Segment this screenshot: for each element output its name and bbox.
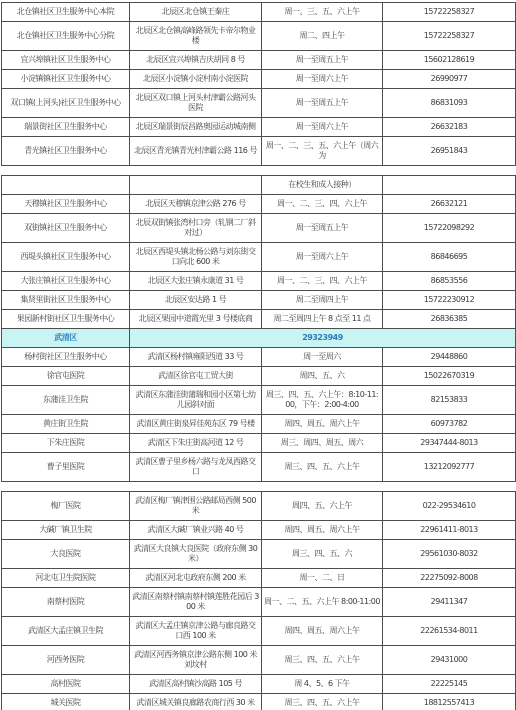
table-row: 天穆镇社区卫生服务中心北辰区天穆镇京津公路 276 号周一、二、三、四、六上午2… <box>2 195 516 214</box>
phone-cell: 86846695 <box>383 243 516 272</box>
table-row: 双街镇社区卫生服务中心北辰双街镇张湾村口旁（轧钢二厂斜对过）周一至周五上午157… <box>2 214 516 243</box>
phone-cell: 26951843 <box>383 137 516 166</box>
district-name-cell: 武清区 <box>2 329 130 348</box>
facility-name-cell: 大张庄镇社区卫生服务中心 <box>2 272 130 291</box>
facility-name-cell: 梅厂医院 <box>2 492 130 521</box>
table-row: 小淀镇镇社区卫生服务中心北辰区小淀镇小淀村南小淀医院周一至周六上午2699097… <box>2 70 516 89</box>
facility-name-cell: 果园新村街社区卫生服务中心 <box>2 310 130 329</box>
address-cell: 武清区河西务镇京津公路东侧 100 米 刘坟村 <box>130 646 262 675</box>
address-cell: 武清区大碱厂镇业兴路 40 号 <box>130 521 262 540</box>
table-row: 果园新村街社区卫生服务中心北辰区果园中道霞光里 3 号楼底商周二至周四上午 8 … <box>2 310 516 329</box>
schedule-cell: 周一、二、三、五、六上午（周六为 <box>262 137 383 166</box>
schedule-cell: 周三、四、五、六上午 <box>262 453 383 482</box>
phone-cell: 86853556 <box>383 272 516 291</box>
facility-name-cell: 河西务医院 <box>2 646 130 675</box>
table-row: 双口镇(上河头)社区卫生服务中心北辰区双口镇上河头村津霸公路河头医院周一至周五上… <box>2 89 516 118</box>
facility-name-cell: 大良医院 <box>2 540 130 569</box>
district-header-row: 武清区29323949 <box>2 329 516 348</box>
facility-name-cell: 河北屯卫生院医院 <box>2 569 130 588</box>
table-row: 大碱厂镇卫生院武清区大碱厂镇业兴路 40 号周四、周五、周六上午22961411… <box>2 521 516 540</box>
facility-name-cell: 北仓镇社区卫生服务中心本院 <box>2 3 130 22</box>
facility-name-cell: 东蒲洼卫生院 <box>2 386 130 415</box>
schedule-cell: 周三、四、五、六 <box>262 540 383 569</box>
facility-name-cell: 武清区大孟庄镇卫生院 <box>2 617 130 646</box>
facility-name-cell <box>2 176 130 195</box>
address-cell: 北辰区西堤头镇北杨公路与刘东街交口向北 600 米 <box>130 243 262 272</box>
facility-name-cell: 城关医院 <box>2 694 130 710</box>
facility-name-cell: 北仓镇社区卫生服务中心分院 <box>2 22 130 51</box>
table-row: 大良医院武清区大良镇大良医院（政府东侧 30 米）周三、四、五、六2956103… <box>2 540 516 569</box>
schedule-cell: 周一、二、三、四、六上午 <box>262 195 383 214</box>
facility-name-cell: 双街镇社区卫生服务中心 <box>2 214 130 243</box>
table-row: 大张庄镇社区卫生服务中心北辰区大张庄镇永康道 31 号周一、二、三、四、六上午8… <box>2 272 516 291</box>
phone-cell: 29347444-8013 <box>383 434 516 453</box>
facility-name-cell: 天穆镇社区卫生服务中心 <box>2 195 130 214</box>
table-row: 南蔡村医院武清区南蔡村镇南蔡村镇莲胜花园后 300 米周一、二、五、六上午 8:… <box>2 588 516 617</box>
phone-cell: 26632121 <box>383 195 516 214</box>
address-cell: 北辰区安达路 1 号 <box>130 291 262 310</box>
address-cell: 武清区南蔡村镇南蔡村镇莲胜花园后 300 米 <box>130 588 262 617</box>
address-cell: 武清区大良镇大良医院（政府东侧 30 米） <box>130 540 262 569</box>
schedule-cell: 周一至周五上午 <box>262 214 383 243</box>
phone-cell: 29411347 <box>383 588 516 617</box>
phone-cell: 22961411-8013 <box>383 521 516 540</box>
phone-cell: 86831093 <box>383 89 516 118</box>
address-cell: 武清区高村镇沙高路 105 号 <box>130 675 262 694</box>
table-row: 北仓镇社区卫生服务中心本院北辰区北仓镇王秦庄周一、三、五、六上午15722258… <box>2 3 516 22</box>
table-row: 青光镇社区卫生服务中心北辰区青光镇青光村津霸公路 116 号周一、二、三、五、六… <box>2 137 516 166</box>
phone-cell: 29561030-8032 <box>383 540 516 569</box>
facility-name-cell: 下朱庄医院 <box>2 434 130 453</box>
phone-cell: 22225145 <box>383 675 516 694</box>
address-cell: 武清区河北屯政府东侧 200 米 <box>130 569 262 588</box>
facility-name-cell: 瑞景街社区卫生服务中心 <box>2 118 130 137</box>
address-cell: 北辰区宜兴埠镇吉庆胡同 8 号 <box>130 51 262 70</box>
table-row: 河西务医院武清区河西务镇京津公路东侧 100 米 刘坟村周三、四、五、六上午29… <box>2 646 516 675</box>
address-cell: 武清区下朱庄街高河道 12 号 <box>130 434 262 453</box>
clinic-table-section-3: 梅厂医院武清区梅厂镇津围公路邮局西侧 500 米周四、五、六上午022-2953… <box>1 491 516 710</box>
phone-cell: 15722098292 <box>383 214 516 243</box>
phone-cell: 29431000 <box>383 646 516 675</box>
facility-name-cell: 黄庄街卫生院 <box>2 415 130 434</box>
schedule-cell: 周二至周四上午 8 点至 11 点 <box>262 310 383 329</box>
schedule-cell: 周一至周五上午 <box>262 89 383 118</box>
schedule-cell: 周一、二、三、四、六上午 <box>262 272 383 291</box>
schedule-cell: 周二至周四上午 <box>262 291 383 310</box>
schedule-cell: 周四、周五、周六上午 <box>262 521 383 540</box>
facility-name-cell: 双口镇(上河头)社区卫生服务中心 <box>2 89 130 118</box>
schedule-cell: 周一、三、五、六上午 <box>262 3 383 22</box>
schedule-cell: 周一至周五上午 <box>262 51 383 70</box>
table-row: 梅厂医院武清区梅厂镇津围公路邮局西侧 500 米周四、五、六上午022-2953… <box>2 492 516 521</box>
table-row: 杨村街社区卫生服务中心武清区杨村镇雍阳西道 33 号周一至周六29448860 <box>2 348 516 367</box>
phone-cell: 22275092-8008 <box>383 569 516 588</box>
schedule-cell: 周三、四、五、六上午：8:10-11:00，下午：2:00-4:00 <box>262 386 383 415</box>
address-cell: 武清区城关镇良廊路农商行西 30 米 <box>130 694 262 710</box>
schedule-cell: 周一、二、日 <box>262 569 383 588</box>
table-row: 徐官屯医院武清区徐官屯工贸大街周四、五、六15022670319 <box>2 367 516 386</box>
phone-cell: 26990977 <box>383 70 516 89</box>
schedule-cell: 周四、周五、周六上午 <box>262 415 383 434</box>
table-row: 北仓镇社区卫生服务中心分院北辰区北仓镇高峰路领先卡帝尔物业楼周二、四上午1572… <box>2 22 516 51</box>
table-row: 黄庄街卫生院武清区黄庄街泉昇佳苑东区 79 号楼周四、周五、周六上午609737… <box>2 415 516 434</box>
address-cell: 北辰区北仓镇王秦庄 <box>130 3 262 22</box>
table-row: 在校生和成人接种） <box>2 176 516 195</box>
schedule-cell: 周四、五、六 <box>262 367 383 386</box>
table-row: 集贤里街社区卫生服务中心北辰区安达路 1 号周二至周四上午15722230912 <box>2 291 516 310</box>
schedule-cell: 周一至周六 <box>262 348 383 367</box>
phone-cell: 22261534-8011 <box>383 617 516 646</box>
table-row: 城关医院武清区城关镇良廊路农商行西 30 米周三、四、五、六上午18812557… <box>2 694 516 710</box>
facility-name-cell: 青光镇社区卫生服务中心 <box>2 137 130 166</box>
table-row: 高村医院武清区高村镇沙高路 105 号周 4、5、6 下午22225145 <box>2 675 516 694</box>
table-row: 武清区大孟庄镇卫生院武清区大孟庄镇京津公路与廊良路交口西 100 米周四、周五、… <box>2 617 516 646</box>
clinic-table-section-2: 在校生和成人接种）天穆镇社区卫生服务中心北辰区天穆镇京津公路 276 号周一、二… <box>1 175 516 482</box>
schedule-cell: 周三、四、五、六上午 <box>262 646 383 675</box>
clinic-table-section-1: 北仓镇社区卫生服务中心本院北辰区北仓镇王秦庄周一、三、五、六上午15722258… <box>1 2 516 166</box>
address-cell <box>130 176 262 195</box>
district-phone-cell: 29323949 <box>130 329 516 348</box>
phone-cell: 60973782 <box>383 415 516 434</box>
facility-name-cell: 南蔡村医院 <box>2 588 130 617</box>
address-cell: 北辰区瑞景街辰昌路奥园运动城南侧 <box>130 118 262 137</box>
address-cell: 武清区东蒲洼街蒲瑞和园小区第七幼儿园斜对面 <box>130 386 262 415</box>
table-row: 宜兴埠镇社区卫生服务中心北辰区宜兴埠镇吉庆胡同 8 号周一至周五上午156021… <box>2 51 516 70</box>
table-row: 河北屯卫生院医院武清区河北屯政府东侧 200 米周一、二、日22275092-8… <box>2 569 516 588</box>
address-cell: 北辰区北仓镇高峰路领先卡帝尔物业楼 <box>130 22 262 51</box>
schedule-cell: 周一、二、五、六上午 8:00-11:00 <box>262 588 383 617</box>
phone-cell: 82153833 <box>383 386 516 415</box>
address-cell: 武清区大孟庄镇京津公路与廊良路交口西 100 米 <box>130 617 262 646</box>
schedule-cell: 周三、周四、周五、周六 <box>262 434 383 453</box>
address-cell: 北辰区大张庄镇永康道 31 号 <box>130 272 262 291</box>
address-cell: 武清区曹子里乡杨六路与龙凤西路交口 <box>130 453 262 482</box>
facility-name-cell: 西堤头镇社区卫生服务中心 <box>2 243 130 272</box>
phone-cell: 26632183 <box>383 118 516 137</box>
address-cell: 北辰区双口镇上河头村津霸公路河头医院 <box>130 89 262 118</box>
address-cell: 北辰区青光镇青光村津霸公路 116 号 <box>130 137 262 166</box>
phone-cell <box>383 176 516 195</box>
table-row: 东蒲洼卫生院武清区东蒲洼街蒲瑞和园小区第七幼儿园斜对面周三、四、五、六上午：8:… <box>2 386 516 415</box>
address-cell: 武清区黄庄街泉昇佳苑东区 79 号楼 <box>130 415 262 434</box>
table-row: 瑞景街社区卫生服务中心北辰区瑞景街辰昌路奥园运动城南侧周一至周六上午266321… <box>2 118 516 137</box>
schedule-cell: 周四、周五、周六上午 <box>262 617 383 646</box>
address-cell: 北辰区果园中道霞光里 3 号楼底商 <box>130 310 262 329</box>
clinic-schedule-page: 北仓镇社区卫生服务中心本院北辰区北仓镇王秦庄周一、三、五、六上午15722258… <box>0 0 516 710</box>
address-cell: 北辰区小淀镇小淀村南小淀医院 <box>130 70 262 89</box>
facility-name-cell: 宜兴埠镇社区卫生服务中心 <box>2 51 130 70</box>
schedule-cell: 在校生和成人接种） <box>262 176 383 195</box>
phone-cell: 15722258327 <box>383 3 516 22</box>
address-cell: 武清区徐官屯工贸大街 <box>130 367 262 386</box>
schedule-cell: 周四、五、六上午 <box>262 492 383 521</box>
facility-name-cell: 杨村街社区卫生服务中心 <box>2 348 130 367</box>
address-cell: 北辰区天穆镇京津公路 276 号 <box>130 195 262 214</box>
table-row: 曹子里医院武清区曹子里乡杨六路与龙凤西路交口周三、四、五、六上午13212092… <box>2 453 516 482</box>
phone-cell: 15722258327 <box>383 22 516 51</box>
schedule-cell: 周 4、5、6 下午 <box>262 675 383 694</box>
facility-name-cell: 集贤里街社区卫生服务中心 <box>2 291 130 310</box>
schedule-cell: 周一至周六上午 <box>262 70 383 89</box>
schedule-cell: 周二、四上午 <box>262 22 383 51</box>
phone-cell: 29448860 <box>383 348 516 367</box>
phone-cell: 18812557413 <box>383 694 516 710</box>
facility-name-cell: 徐官屯医院 <box>2 367 130 386</box>
phone-cell: 15602128619 <box>383 51 516 70</box>
phone-cell: 15722230912 <box>383 291 516 310</box>
phone-cell: 022-29534610 <box>383 492 516 521</box>
phone-cell: 13212092777 <box>383 453 516 482</box>
address-cell: 武清区梅厂镇津围公路邮局西侧 500 米 <box>130 492 262 521</box>
phone-cell: 26836385 <box>383 310 516 329</box>
schedule-cell: 周一至周六上午 <box>262 118 383 137</box>
phone-cell: 15022670319 <box>383 367 516 386</box>
facility-name-cell: 小淀镇镇社区卫生服务中心 <box>2 70 130 89</box>
facility-name-cell: 曹子里医院 <box>2 453 130 482</box>
address-cell: 北辰双街镇张湾村口旁（轧钢二厂斜对过） <box>130 214 262 243</box>
table-row: 西堤头镇社区卫生服务中心北辰区西堤头镇北杨公路与刘东街交口向北 600 米周一至… <box>2 243 516 272</box>
facility-name-cell: 大碱厂镇卫生院 <box>2 521 130 540</box>
facility-name-cell: 高村医院 <box>2 675 130 694</box>
schedule-cell: 周三、四、五、六上午 <box>262 694 383 710</box>
table-row: 下朱庄医院武清区下朱庄街高河道 12 号周三、周四、周五、周六29347444-… <box>2 434 516 453</box>
schedule-cell: 周一至周六上午 <box>262 243 383 272</box>
address-cell: 武清区杨村镇雍阳西道 33 号 <box>130 348 262 367</box>
